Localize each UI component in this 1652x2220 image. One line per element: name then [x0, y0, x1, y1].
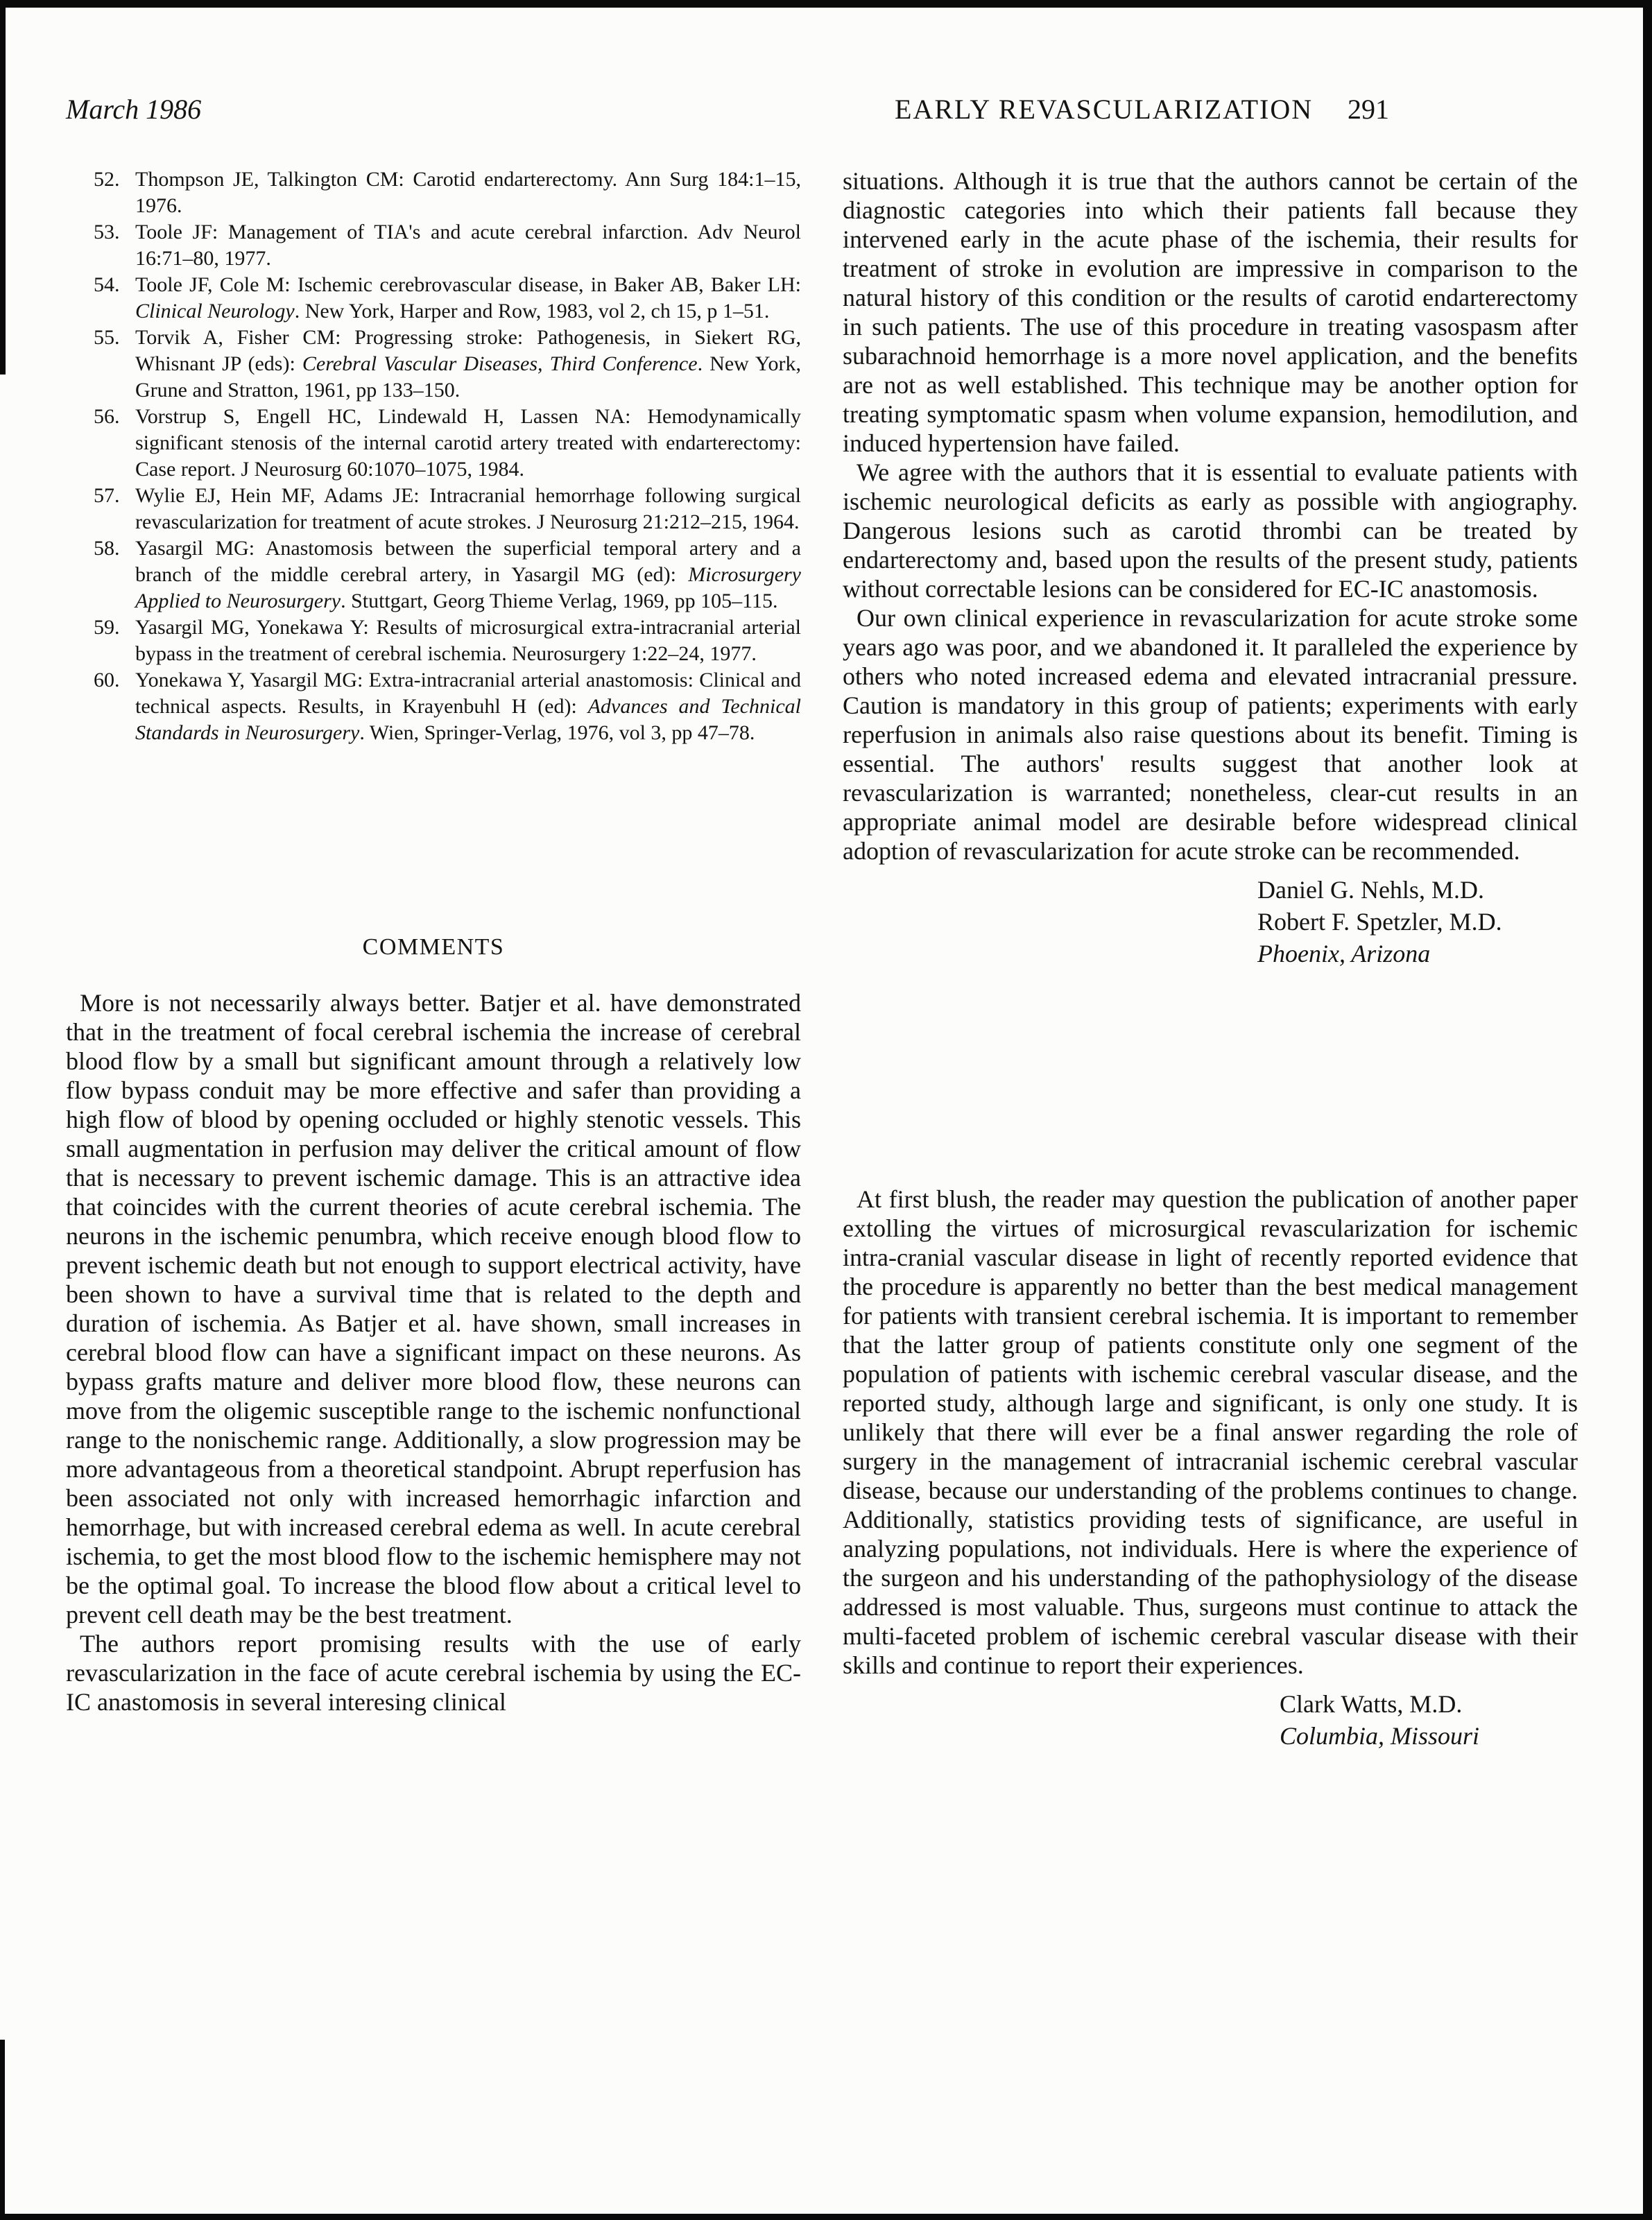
reference-item: 58.Yasargil MG: Anastomosis between the …	[66, 535, 801, 614]
signature-location: Phoenix, Arizona	[1257, 938, 1578, 970]
reference-number: 57.	[94, 483, 135, 509]
reference-number: 54.	[94, 272, 135, 298]
reference-text: . New York, Harper and Row, 1983, vol 2,…	[295, 300, 770, 322]
reference-list: 52.Thompson JE, Talkington CM: Carotid e…	[66, 166, 801, 746]
scan-edge-left-bottom	[0, 2040, 5, 2220]
journal-date: March 1986	[66, 93, 201, 126]
right-column: situations. Although it is true that the…	[843, 166, 1578, 2178]
running-title: EARLY REVASCULARIZATION	[895, 93, 1313, 126]
reference-number: 52.	[94, 166, 135, 193]
signature-name: Robert F. Spetzler, M.D.	[1257, 906, 1578, 938]
reference-item: 55.Torvik A, Fisher CM: Progressing stro…	[66, 325, 801, 404]
signature-name: Clark Watts, M.D.	[1280, 1688, 1578, 1720]
reference-item: 53.Toole JF: Management of TIA's and acu…	[66, 219, 801, 272]
reference-item: 59.Yasargil MG, Yonekawa Y: Results of m…	[66, 614, 801, 667]
reference-item: 56.Vorstrup S, Engell HC, Lindewald H, L…	[66, 404, 801, 483]
reference-text: Toole JF, Cole M: Ischemic cerebrovascul…	[135, 273, 801, 296]
comment-paragraph: The authors report promising results wit…	[66, 1629, 801, 1716]
reference-number: 56.	[94, 404, 135, 430]
reference-number: 59.	[94, 614, 135, 641]
page-number: 291	[1348, 93, 1389, 126]
scan-edge-top	[0, 0, 1652, 8]
journal-page: March 1986 EARLY REVASCULARIZATION 291 5…	[0, 0, 1652, 2220]
comment-paragraph: At first blush, the reader may question …	[843, 1185, 1578, 1680]
comment-paragraph: More is not necessarily always better. B…	[66, 988, 801, 1629]
reference-text: Wylie EJ, Hein MF, Adams JE: Intracrania…	[135, 484, 801, 533]
reference-book-title: Clinical Neurology	[135, 300, 295, 322]
signature-location: Columbia, Missouri	[1280, 1720, 1578, 1752]
scan-edge-left-top	[0, 0, 6, 375]
scan-edge-bottom	[0, 2214, 1652, 2220]
left-column: 52.Thompson JE, Talkington CM: Carotid e…	[66, 166, 801, 2178]
reference-item: 57.Wylie EJ, Hein MF, Adams JE: Intracra…	[66, 483, 801, 535]
reference-item: 60.Yonekawa Y, Yasargil MG: Extra-intrac…	[66, 667, 801, 746]
comments-left-paragraphs: More is not necessarily always better. B…	[66, 988, 801, 1716]
second-comment-paragraphs: At first blush, the reader may question …	[843, 1185, 1578, 1680]
first-comment-paragraphs: situations. Although it is true that the…	[843, 166, 1578, 866]
reference-item: 52.Thompson JE, Talkington CM: Carotid e…	[66, 166, 801, 219]
comments-section: COMMENTS More is not necessarily always …	[66, 933, 801, 1716]
reference-number: 53.	[94, 219, 135, 246]
comments-heading: COMMENTS	[66, 933, 801, 962]
comment-paragraph: situations. Although it is true that the…	[843, 166, 1578, 458]
signature-block-1: Daniel G. Nehls, M.D. Robert F. Spetzler…	[1257, 874, 1578, 970]
comment-paragraph: We agree with the authors that it is ess…	[843, 458, 1578, 603]
first-comment-block: situations. Although it is true that the…	[843, 166, 1578, 970]
reference-text: Vorstrup S, Engell HC, Lindewald H, Lass…	[135, 405, 801, 481]
reference-number: 58.	[94, 535, 135, 562]
reference-number: 55.	[94, 325, 135, 351]
reference-text: . Wien, Springer-Verlag, 1976, vol 3, pp…	[359, 721, 755, 744]
scan-edge-right	[1643, 0, 1652, 2220]
reference-number: 60.	[94, 667, 135, 694]
signature-name: Daniel G. Nehls, M.D.	[1257, 874, 1578, 906]
second-comment-block: At first blush, the reader may question …	[843, 1185, 1578, 1752]
comment-paragraph: Our own clinical experience in revascula…	[843, 603, 1578, 866]
reference-text: Yasargil MG, Yonekawa Y: Results of micr…	[135, 616, 801, 665]
reference-book-title: Cerebral Vascular Diseases, Third Confer…	[302, 352, 698, 375]
reference-item: 54.Toole JF, Cole M: Ischemic cerebrovas…	[66, 272, 801, 325]
reference-text: Thompson JE, Talkington CM: Carotid enda…	[135, 168, 801, 217]
reference-text: Toole JF: Management of TIA's and acute …	[135, 221, 801, 270]
reference-text: . Stuttgart, Georg Thieme Verlag, 1969, …	[341, 590, 777, 612]
signature-block-2: Clark Watts, M.D. Columbia, Missouri	[1280, 1688, 1578, 1752]
